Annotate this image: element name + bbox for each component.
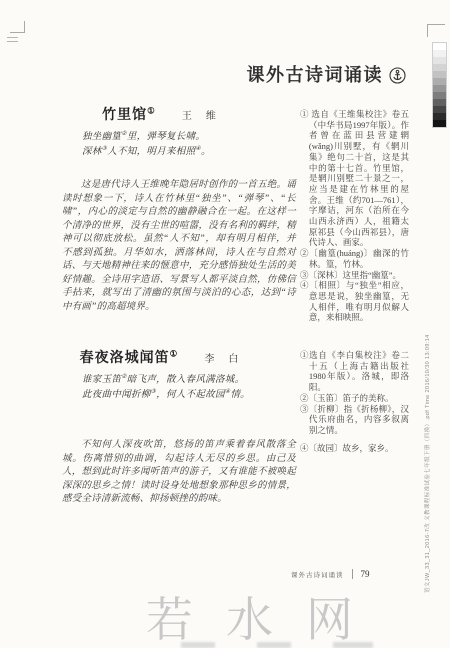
poem-2-heading: 春夜洛城闻笛① 李 白: [62, 347, 296, 367]
watermark: 若水网: [146, 583, 386, 648]
watermark-subtext: [257, 642, 291, 648]
poem-1-text: 独坐幽篁②里，弹琴复长啸。 深林③人不知，明月来相照④。: [82, 130, 211, 160]
main-column: 竹里馆① 王 维 独坐幽篁②里，弹琴复长啸。 深林③人不知，明月来相照④。 这是…: [62, 0, 296, 648]
note-item: ④〔相照〕与“独坐”相应，意思是说，独坐幽篁，无人相伴，唯有明月似解人意，来相映…: [300, 280, 409, 323]
note-item: ④〔故园〕故乡，家乡。: [300, 443, 409, 454]
note-item: ①选自《李白集校注》卷二十五（上海古籍出版社1980年版）。洛城，即洛阳。: [300, 350, 409, 393]
crop-mark-left: [10, 21, 25, 33]
note-item: ③〔深林〕这里指“幽篁”。: [300, 270, 409, 281]
poem-1-title: 竹里馆①: [102, 108, 156, 123]
note-item: ③〔折柳〕指《折杨柳》，汉代乐府曲名，内容多叙离别之情。: [300, 404, 409, 436]
crop-dash: [7, 37, 18, 38]
page-footer: 课外古诗词诵读 79: [291, 569, 370, 579]
poem-1-commentary: 这是唐代诗人王维晚年隐居时创作的一首五绝。诵读时想象一下，诗人在竹林里“独坐”、…: [62, 179, 296, 314]
poem-2-title: 春夜洛城闻笛①: [80, 351, 179, 366]
poem-line: 独坐幽篁②里，弹琴复长啸。: [82, 130, 211, 145]
note-item: ②〔幽篁(huáng)〕幽深的竹林。篁，竹林。: [300, 248, 409, 269]
poem-1-heading: 竹里馆① 王 维: [62, 104, 296, 124]
page-number: 79: [361, 569, 370, 579]
note-item: ① 选自《王维集校注》卷五（中华书局1997年版）。作者曾在蓝田县营建辋(wǎn…: [300, 109, 409, 248]
footer-section-label: 课外古诗词诵读: [291, 570, 344, 579]
crop-dash: [7, 41, 18, 42]
poem-2-author: 李 白: [204, 354, 240, 365]
grayscale-bar: [432, 42, 447, 128]
poem-2-notes: ①选自《李白集校注》卷二十五（上海古籍出版社1980年版）。洛城，即洛阳。 ②〔…: [300, 350, 409, 453]
print-production-note: 语文JW_33_31_2016-7改 义教课程标准试验七年级下册（四换）.pdf…: [423, 334, 431, 593]
poem-line: 深林③人不知，明月来相照④。: [82, 145, 211, 160]
poem-1-author: 王 维: [182, 111, 218, 122]
poem-1-notes: ① 选自《王维集校注》卷五（中华书局1997年版）。作者曾在蓝田县营建辋(wǎn…: [300, 109, 409, 323]
footer-divider: [352, 569, 353, 579]
crop-mark-right: [427, 24, 445, 37]
poem-line: 谁家玉笛②暗飞声，散入春风满洛城。: [82, 373, 250, 388]
watermark-subtext: [181, 642, 215, 648]
note-item: ②〔玉笛〕笛子的美称。: [300, 393, 409, 404]
anchor-badge-icon: [389, 67, 406, 89]
poem-2-text: 谁家玉笛②暗飞声，散入春风满洛城。 此夜曲中闻折柳③，何人不起故园④情。: [82, 373, 250, 403]
textbook-page: 课外古诗词诵读 竹里馆① 王 维 独坐幽篁②里，弹琴复长啸。 深林③人不知，明月…: [0, 0, 450, 648]
poem-2-commentary: 不知何人深夜吹笛，悠扬的笛声乘着春风散落全城。伤离惜别的曲调，勾起诗人无尽的乡思…: [62, 439, 296, 507]
watermark-subtext: [333, 642, 373, 648]
poem-line: 此夜曲中闻折柳③，何人不起故园④情。: [82, 388, 250, 403]
